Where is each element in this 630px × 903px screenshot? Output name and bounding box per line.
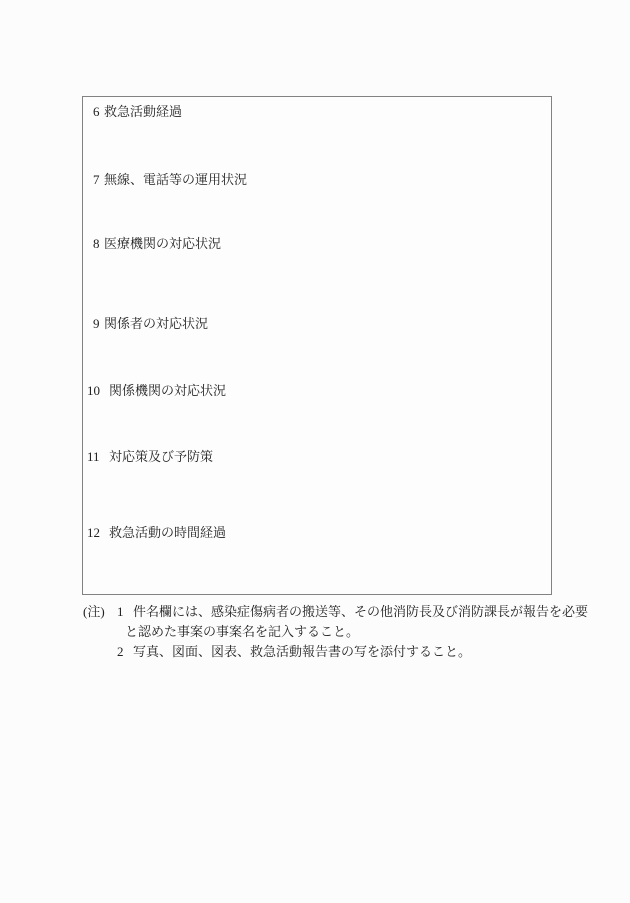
item-label: 対応策及び予防策 (109, 450, 213, 464)
item-number: 11 (87, 450, 100, 464)
form-item: 12 救急活動の時間経過 (83, 526, 551, 542)
form-item: 6 救急活動経過 (83, 105, 551, 121)
item-number: 10 (87, 384, 100, 398)
item-number: 6 (93, 105, 100, 119)
note-2-text-line: 写真、図面、図表、救急活動報告書の写を添付すること。 (133, 645, 471, 659)
item-number: 12 (87, 526, 100, 540)
item-label: 関係者の対応状況 (104, 317, 208, 331)
note-marker: (注) (83, 605, 105, 619)
item-number: 8 (93, 237, 100, 251)
note-1-number: 1 (117, 605, 124, 619)
item-label: 無線、電話等の運用状況 (104, 173, 247, 187)
note-1-text-line: 件名欄には、感染症傷病者の搬送等、その他消防長及び消防課長が報告を必要 (133, 605, 588, 619)
report-items-box: 6 救急活動経過 7 無線、電話等の運用状況 8 医療機関の対応状況 9 関係者… (82, 96, 552, 595)
item-label: 救急活動経過 (104, 105, 182, 119)
item-label: 関係機関の対応状況 (109, 384, 226, 398)
form-item: 11 対応策及び予防策 (83, 450, 551, 466)
item-number: 7 (93, 173, 100, 187)
form-item: 7 無線、電話等の運用状況 (83, 173, 551, 189)
note-1-text-line: と認めた事案の事案名を記入すること。 (125, 625, 359, 639)
item-label: 救急活動の時間経過 (109, 526, 226, 540)
item-number: 9 (93, 317, 100, 331)
note-2-number: 2 (117, 645, 124, 659)
form-item: 10 関係機関の対応状況 (83, 384, 551, 400)
form-item: 9 関係者の対応状況 (83, 317, 551, 333)
document-page: 6 救急活動経過 7 無線、電話等の運用状況 8 医療機関の対応状況 9 関係者… (0, 0, 630, 903)
item-label: 医療機関の対応状況 (104, 237, 221, 251)
form-item: 8 医療機関の対応状況 (83, 237, 551, 253)
